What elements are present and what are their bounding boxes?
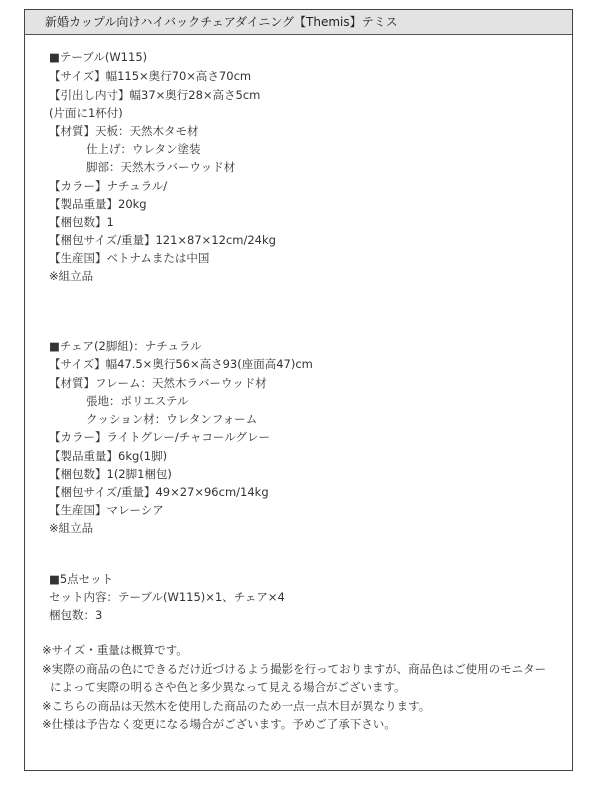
chair-upholstery: 張地：ポリエステル xyxy=(86,392,188,410)
chair-cushion: クッション材：ウレタンフォーム xyxy=(86,410,257,428)
chair-color: 【カラー】ライトグレー/チャコールグレー xyxy=(49,428,270,446)
chair-weight: 【製品重量】6kg(1脚) xyxy=(49,447,167,465)
set-package-count: 梱包数：3 xyxy=(49,606,102,624)
spec-header: 新婚カップル向けハイバックチェアダイニング【Themis】テミス xyxy=(25,10,572,35)
table-package-count: 【梱包数】1 xyxy=(49,213,114,231)
chair-origin: 【生産国】マレーシア xyxy=(49,501,164,519)
set-contents: セット内容：テーブル(W115)×1、チェア×4 xyxy=(49,588,285,606)
table-assembly: ※組立品 xyxy=(49,267,93,285)
product-spec-box: 新婚カップル向けハイバックチェアダイニング【Themis】テミス ■テーブル(W… xyxy=(24,9,573,771)
table-color: 【カラー】ナチュラル/ xyxy=(49,177,167,195)
set-heading: ■5点セット xyxy=(49,570,113,588)
chair-size: 【サイズ】幅47.5×奥行56×高さ93(座面高47)cm xyxy=(49,355,313,373)
chair-assembly: ※組立品 xyxy=(49,519,93,537)
product-title: 新婚カップル向けハイバックチェアダイニング【Themis】テミス xyxy=(45,15,398,29)
table-drawer-note: (片面に1杯付) xyxy=(49,104,123,122)
note-color: ※実際の商品の色にできるだけ近づけるよう撮影を行っておりますが、商品色はご使用の… xyxy=(42,660,546,678)
table-drawer-size: 【引出し内寸】幅37×奥行28×高さ5cm xyxy=(49,86,260,104)
table-finish: 仕上げ：ウレタン塗装 xyxy=(86,140,201,158)
note-color-continued: によって実際の明るさや色と多少異なって見える場合がございます。 xyxy=(50,678,406,696)
table-heading: ■テーブル(W115) xyxy=(49,48,147,66)
table-weight: 【製品重量】20kg xyxy=(49,195,147,213)
chair-material: 【材質】フレーム：天然木ラバーウッド材 xyxy=(49,374,267,392)
chair-heading: ■チェア(2脚組)：ナチュラル xyxy=(49,337,202,355)
chair-package-size: 【梱包サイズ/重量】49×27×96cm/14kg xyxy=(49,483,269,501)
table-package-size: 【梱包サイズ/重量】121×87×12cm/24kg xyxy=(49,231,276,249)
note-approximate: ※サイズ・重量は概算です。 xyxy=(42,641,188,659)
table-size: 【サイズ】幅115×奥行70×高さ70cm xyxy=(49,67,251,85)
table-origin: 【生産国】ベトナムまたは中国 xyxy=(49,249,209,267)
table-material: 【材質】天板：天然木タモ材 xyxy=(49,122,199,140)
note-spec-change: ※仕様は予告なく変更になる場合がございます。予めご了承下さい。 xyxy=(42,715,396,733)
note-wood-grain: ※こちらの商品は天然木を使用した商品のため一点一点木目が異なります。 xyxy=(42,697,430,715)
table-legs: 脚部：天然木ラバーウッド材 xyxy=(86,158,235,176)
chair-package-count: 【梱包数】1(2脚1梱包) xyxy=(49,465,172,483)
